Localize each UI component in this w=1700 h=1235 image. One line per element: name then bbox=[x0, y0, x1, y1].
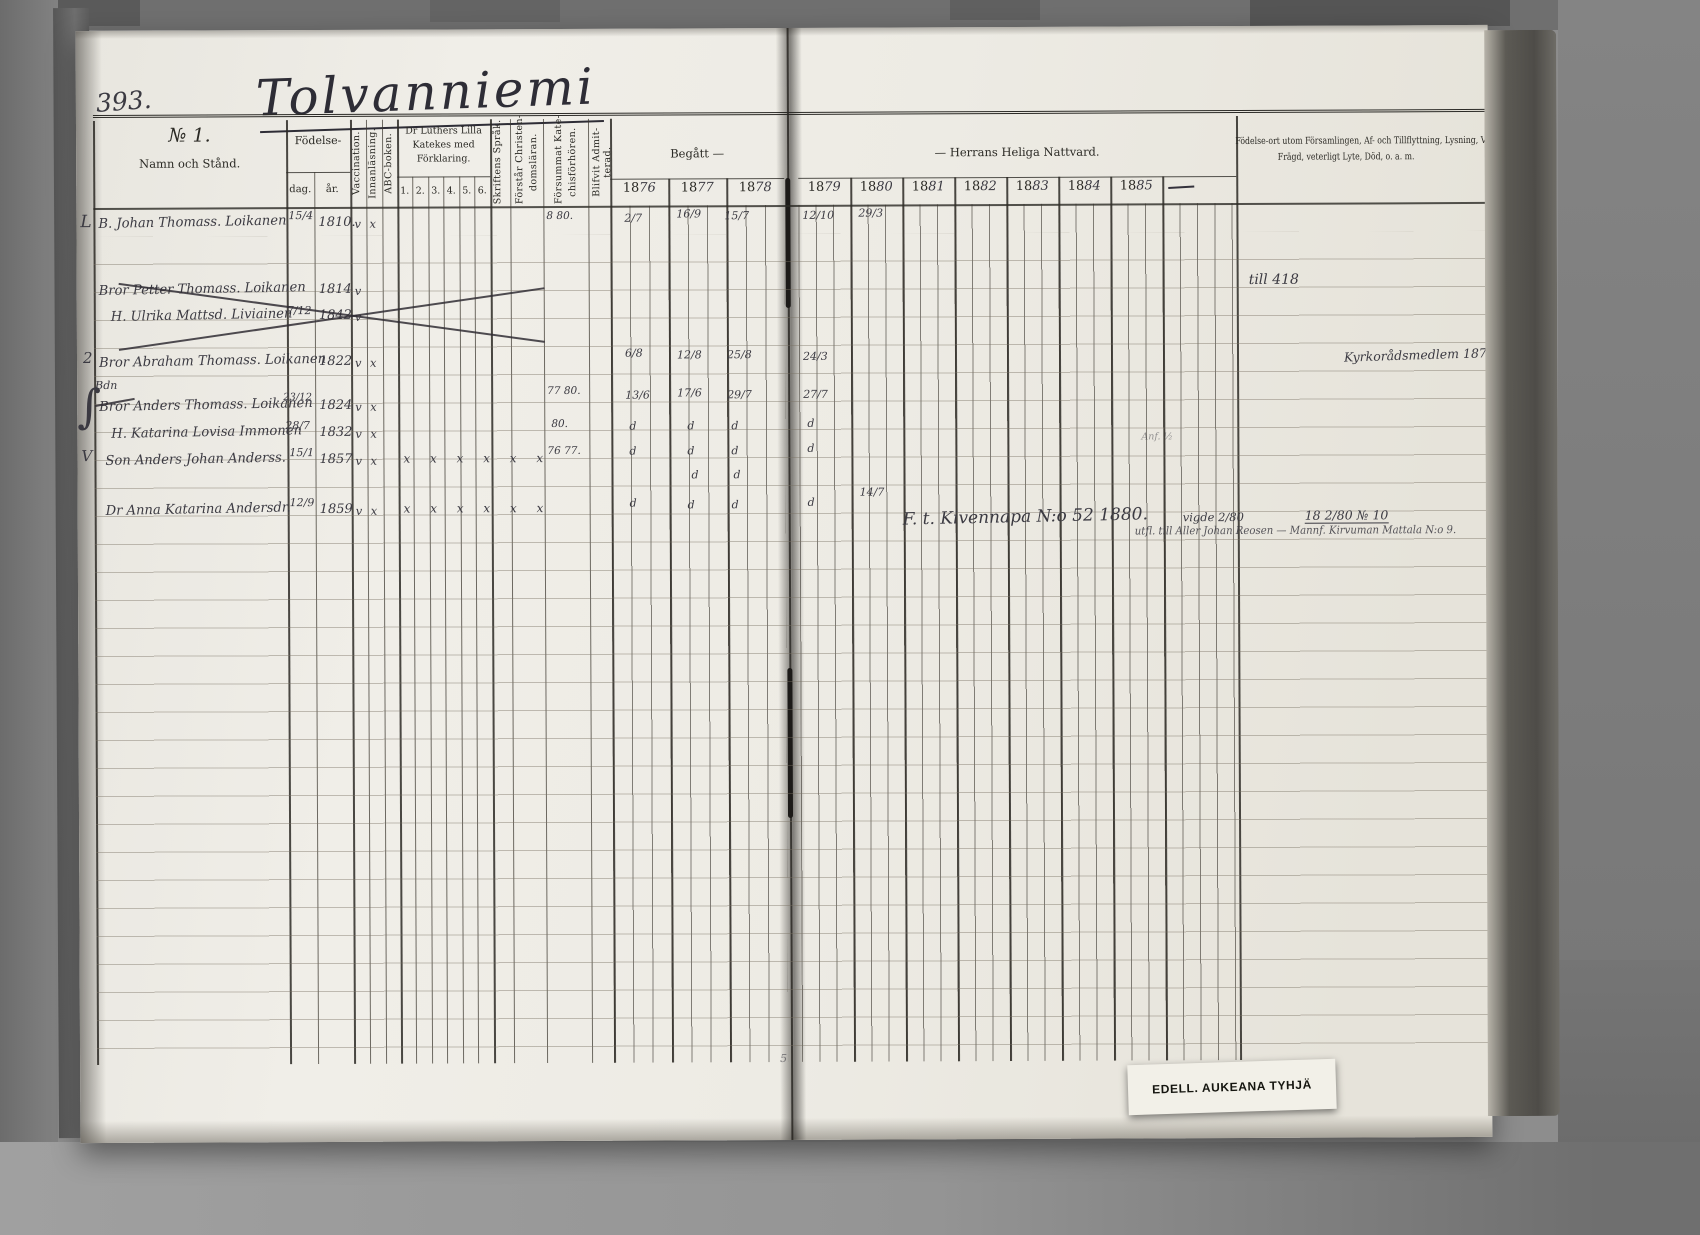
year-1878: 1878 bbox=[726, 180, 784, 204]
vaccination-mark: v bbox=[355, 284, 362, 298]
household-number: № 1. bbox=[93, 124, 286, 147]
understands-header-line2: domsläran. bbox=[528, 121, 541, 204]
stray-dash-mark bbox=[1168, 186, 1194, 189]
remarks-header-line2: Frägd, veterligt Lyte, Död, o. a. m. bbox=[1235, 151, 1456, 163]
year-suffix: 78 bbox=[755, 180, 772, 195]
catechism-col-6: 6. bbox=[474, 185, 490, 196]
year-1880: 1880 bbox=[850, 179, 902, 203]
communion-1877: 12/8 bbox=[677, 348, 702, 361]
name-correction: Bdn bbox=[95, 379, 117, 392]
communion-1876: d bbox=[629, 420, 636, 433]
year-1877: 1877 bbox=[668, 180, 726, 204]
year-prefix: 18 bbox=[912, 179, 929, 194]
reading-mark: x bbox=[371, 504, 378, 518]
communion-1876: d bbox=[629, 445, 636, 458]
catechism-col-3: 3. bbox=[428, 185, 443, 196]
year-1885: 1885 bbox=[1110, 178, 1162, 202]
year-1876: 1876 bbox=[610, 181, 668, 205]
communion-1878: 25/8 bbox=[727, 348, 752, 361]
communion-1879: d bbox=[808, 496, 815, 509]
village-title: Tolvanniemi bbox=[255, 57, 597, 127]
communion-1878: d bbox=[731, 444, 738, 457]
communion-1879: 24/3 bbox=[803, 350, 828, 363]
missed-note: 76 77. bbox=[547, 445, 580, 457]
year-suffix: 84 bbox=[1084, 179, 1101, 194]
table-row: 2 Bror Abraham Thomass. Loikanen 1822 v … bbox=[77, 341, 1489, 383]
birth-day: 15/4 bbox=[288, 209, 313, 222]
missed-header-line2: chisförhören. bbox=[567, 121, 580, 204]
year-prefix: 18 bbox=[1120, 178, 1137, 193]
year-1882: 1882 bbox=[954, 179, 1006, 203]
removal-note: F. t. Kivennapa N:o 52 1880. bbox=[903, 504, 1149, 529]
communion-1878: d bbox=[733, 468, 740, 481]
communion-1880: 29/3 bbox=[858, 207, 883, 220]
year-suffix: 83 bbox=[1032, 179, 1049, 194]
scan-top-dark-segment bbox=[430, 0, 560, 22]
page-number: 393. bbox=[95, 85, 153, 118]
communion-1879: 12/10 bbox=[802, 209, 834, 222]
vaccination-header: Vaccination. bbox=[351, 122, 366, 205]
year-suffix: 81 bbox=[928, 179, 945, 194]
communion-1878: 15/7 bbox=[724, 209, 749, 222]
vaccination-mark: v bbox=[355, 427, 362, 441]
birth-year-header: år. bbox=[314, 184, 350, 195]
missed-note: 77 80. bbox=[547, 385, 580, 397]
catechism-col-2: 2. bbox=[412, 186, 428, 197]
birth-day-header: dag. bbox=[286, 184, 314, 195]
year-suffix: 77 bbox=[697, 180, 714, 195]
communion-header-left: Begått — bbox=[610, 146, 784, 161]
archive-sticker: EDELL. AUKEANA TYHJÄ bbox=[1127, 1059, 1336, 1116]
communion-1877: d bbox=[691, 468, 698, 481]
communion-1878: d bbox=[731, 419, 738, 432]
sticker-label: EDELL. AUKEANA TYHJÄ bbox=[1152, 1077, 1312, 1096]
year-prefix: 18 bbox=[681, 180, 698, 195]
catechism-marks: x x x x x x bbox=[404, 501, 552, 516]
communion-1878: 29/7 bbox=[727, 388, 752, 401]
person-name: B. Johan Thomass. Loikanen bbox=[98, 212, 286, 232]
birth-split-line bbox=[286, 172, 350, 173]
communion-1879: d bbox=[807, 442, 814, 455]
communion-header-right: — Herrans Heliga Nattvard. bbox=[798, 144, 1236, 160]
marriage-date-note: 18 2/80 № 10 bbox=[1305, 507, 1389, 523]
birth-year: 1859 bbox=[320, 502, 353, 517]
year-suffix: 76 bbox=[639, 181, 656, 196]
communion-1876: 13/6 bbox=[625, 389, 650, 402]
year-prefix: 18 bbox=[739, 180, 756, 195]
year-prefix: 18 bbox=[964, 179, 981, 194]
scan-bottom-edge bbox=[0, 1142, 1700, 1235]
communion-1877: 17/6 bbox=[677, 386, 702, 399]
person-name: Dr Anna Katarina Andersdr. bbox=[106, 499, 291, 518]
name-column-header: Namn och Stånd. bbox=[93, 156, 286, 171]
understands-header-line1: Förstår Christen- bbox=[514, 121, 527, 204]
year-prefix: 18 bbox=[808, 180, 825, 195]
scripture-header: Skriftens Språk. bbox=[492, 121, 510, 204]
table-row: Dr Anna Katarina Andersdr. 12/9 1859 v x… bbox=[78, 489, 1490, 531]
catechism-col-4: 4. bbox=[443, 185, 459, 196]
birth-year: 1810. bbox=[318, 215, 355, 230]
missed-header-line1: Försummat Kate- bbox=[553, 121, 566, 204]
catechism-header-line3: Förklaring. bbox=[397, 153, 490, 164]
communion-1876: 2/7 bbox=[624, 212, 642, 225]
communion-1876: d bbox=[630, 497, 637, 510]
catechism-header-line1: Dr Luthers Lilla bbox=[397, 125, 490, 136]
missed-note: 80. bbox=[551, 418, 568, 430]
year-suffix: 85 bbox=[1136, 178, 1153, 193]
missed-note: 8 80. bbox=[546, 210, 573, 222]
scan-top-dark-segment bbox=[1250, 0, 1510, 26]
vaccination-mark: v bbox=[356, 504, 363, 518]
margin-mark: L bbox=[80, 212, 91, 232]
reading-mark: x bbox=[370, 356, 377, 370]
year-1881: 1881 bbox=[902, 179, 954, 203]
remark-note: Kyrkorådsmedlem 1872. bbox=[1344, 345, 1493, 365]
catechism-col-5: 5. bbox=[459, 185, 474, 196]
page-edge-stack bbox=[1484, 30, 1560, 1116]
communion-1879: 27/7 bbox=[803, 388, 828, 401]
reading-header: Innanläsning. bbox=[367, 122, 382, 205]
remarks-header-line1: Födelse-ort utom Församlingen, Af- och T… bbox=[1235, 135, 1456, 147]
birth-year: 1822 bbox=[319, 354, 352, 369]
birth-day: 23/12 bbox=[283, 392, 312, 403]
removal-note-tail: utfl. till Aller Johan Reosen — Mannf. K… bbox=[1135, 523, 1456, 537]
year-1879: 1879 bbox=[798, 180, 850, 204]
communion-1879: d bbox=[807, 417, 814, 430]
year-prefix: 18 bbox=[623, 181, 640, 196]
year-prefix: 18 bbox=[860, 180, 877, 195]
vaccination-mark: v bbox=[354, 217, 361, 231]
person-name: H. Ulrika Mattsd. Liviainen bbox=[111, 306, 293, 325]
abc-book-header: ABC-boken. bbox=[383, 122, 397, 205]
birth-day: 28/7 bbox=[285, 419, 310, 432]
scan-top-dark-segment bbox=[950, 0, 1040, 20]
reading-mark: x bbox=[370, 400, 377, 414]
birth-year: 1832 bbox=[319, 425, 352, 440]
year-prefix: 18 bbox=[1068, 179, 1085, 194]
birth-year: 1814 bbox=[319, 282, 352, 297]
birth-day: 12/9 bbox=[290, 496, 315, 509]
communion-1877: d bbox=[687, 444, 694, 457]
year-suffix: 80 bbox=[876, 180, 893, 195]
marriage-note: vigde 2/80 bbox=[1183, 510, 1244, 524]
table-row: L B. Johan Thomass. Loikanen 15/4 1810. … bbox=[76, 202, 1488, 244]
vaccination-mark: v bbox=[355, 356, 362, 370]
year-suffix: 82 bbox=[980, 179, 997, 194]
communion-1877: 16/9 bbox=[676, 207, 701, 220]
catechism-col-1: 1. bbox=[397, 186, 412, 197]
stray-ink-mark: 5 bbox=[780, 1052, 787, 1065]
year-prefix: 18 bbox=[1016, 179, 1033, 194]
communion-1876: 6/8 bbox=[625, 347, 643, 360]
birth-year: 1824 bbox=[319, 398, 352, 413]
reading-mark: x bbox=[370, 427, 377, 441]
admitted-header-line1: Blifvit Admit- bbox=[591, 121, 602, 204]
reading-mark: x bbox=[369, 217, 376, 231]
remark-note: till 418 bbox=[1249, 272, 1299, 288]
birth-column-header: Födelse- bbox=[286, 134, 350, 147]
margin-mark: 2 bbox=[83, 349, 93, 367]
person-name: Bror Abraham Thomass. Loikanen bbox=[99, 351, 326, 371]
catechism-header-line2: Katekes med bbox=[397, 139, 490, 150]
birth-day: 15/1 bbox=[289, 446, 314, 459]
year-suffix: 79 bbox=[824, 180, 841, 195]
vaccination-mark: v bbox=[355, 400, 362, 414]
communion-1878: d bbox=[732, 498, 739, 511]
year-1884: 1884 bbox=[1058, 179, 1110, 203]
book-spread: 393. Tolvanniemi bbox=[76, 25, 1493, 1143]
year-1883: 1883 bbox=[1006, 179, 1058, 203]
table-row: H. Ulrika Mattsd. Liviainen 7/12 1842 v bbox=[77, 297, 1489, 339]
scanned-parish-register: 393. Tolvanniemi bbox=[0, 0, 1700, 1235]
communion-1880: 14/7 bbox=[860, 486, 885, 499]
person-name: H. Katarina Lovisa Immonen bbox=[111, 422, 302, 442]
scan-left-edge bbox=[0, 0, 58, 1235]
communion-1877: d bbox=[687, 419, 694, 432]
communion-1877: d bbox=[688, 498, 695, 511]
